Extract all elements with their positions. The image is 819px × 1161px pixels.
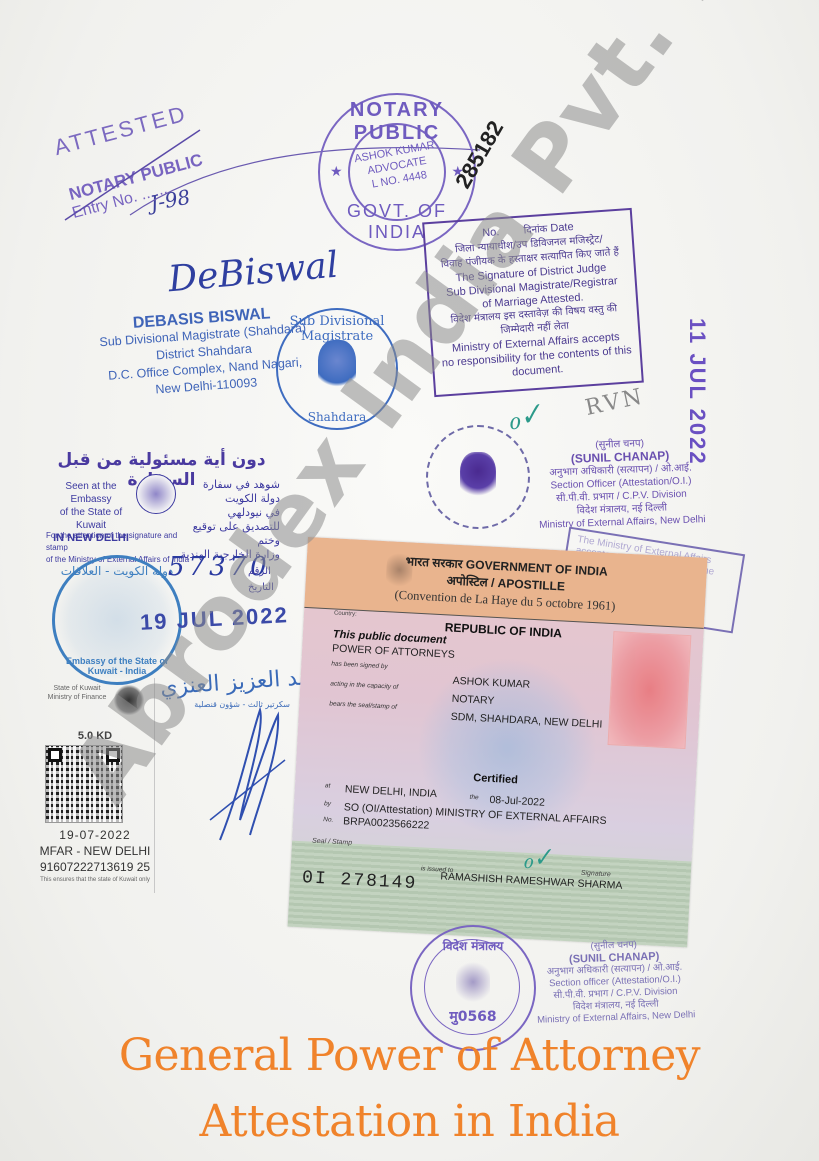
sticker-note: This ensures that the state of Kuwait on… <box>36 877 154 883</box>
star-icon: ★ <box>330 163 343 180</box>
sticker-office: MFAR - NEW DELHI <box>36 844 154 858</box>
mea-officer-stamp-top: (सुनील चनप) (SUNIL CHANAP) अनुभाग अधिकार… <box>534 435 707 532</box>
handwritten-initials: RVN <box>583 384 647 421</box>
seal-of-label: bears the seal/stamp of <box>329 700 397 711</box>
capacity-label: acting in the capacity of <box>330 680 398 691</box>
green-signature: ℴ✓ <box>519 842 554 875</box>
mea-seal-top <box>426 425 530 529</box>
certified-at: NEW DELHI, INDIA <box>345 783 438 800</box>
sdm-signature: DeBiswal <box>167 245 340 301</box>
mea-seal-top-text: विदेश मंत्रालय <box>412 937 534 954</box>
mea-officer-stamp-bottom: (सुनील चनप) (SUNIL CHANAP) अनुभाग अधिकार… <box>534 937 697 1027</box>
at-label: at <box>325 782 331 789</box>
green-initial-mark: ℴ✓ <box>502 396 546 437</box>
capacity: NOTARY <box>451 693 494 707</box>
blue-signature-scribble <box>200 700 290 850</box>
notary-seal-ring-top: NOTARY PUBLIC <box>320 99 474 145</box>
by-label: by <box>324 800 331 807</box>
page-title-line-2: Attestation in India <box>0 1096 819 1147</box>
sticker-serial: 91607222713619 25 <box>36 860 154 874</box>
apostille-number: BRPA0023566222 <box>343 815 430 831</box>
kuwait-attention-line: For the attention of the signature and s… <box>46 530 196 554</box>
kuwait-state: of the State of Kuwait <box>46 506 136 532</box>
no-label: No. <box>323 816 333 824</box>
ashoka-emblem-icon <box>460 452 496 500</box>
sticker-date: 19-07-2022 <box>36 828 154 842</box>
the-label: the <box>469 794 478 801</box>
mea-seal-number: मु0568 <box>412 1007 534 1026</box>
signed-by-label: has been signed by <box>331 660 388 670</box>
red-revenue-stamp <box>608 631 692 749</box>
page-title-line-1: General Power of Attorney <box>0 1030 819 1081</box>
ashoka-emblem-icon <box>456 959 490 1005</box>
kuwait-seal-ring-top: دولة الكويت - العلاقات <box>55 564 179 578</box>
apostille-certificate: भारत सरकार GOVERNMENT OF INDIA अपोस्टिल … <box>288 537 708 947</box>
document-page: ATTESTED NOTARY PUBLIC Entry No. ...... … <box>0 0 819 1161</box>
kuwait-seen-at: Seen at the Embassy <box>46 480 136 506</box>
